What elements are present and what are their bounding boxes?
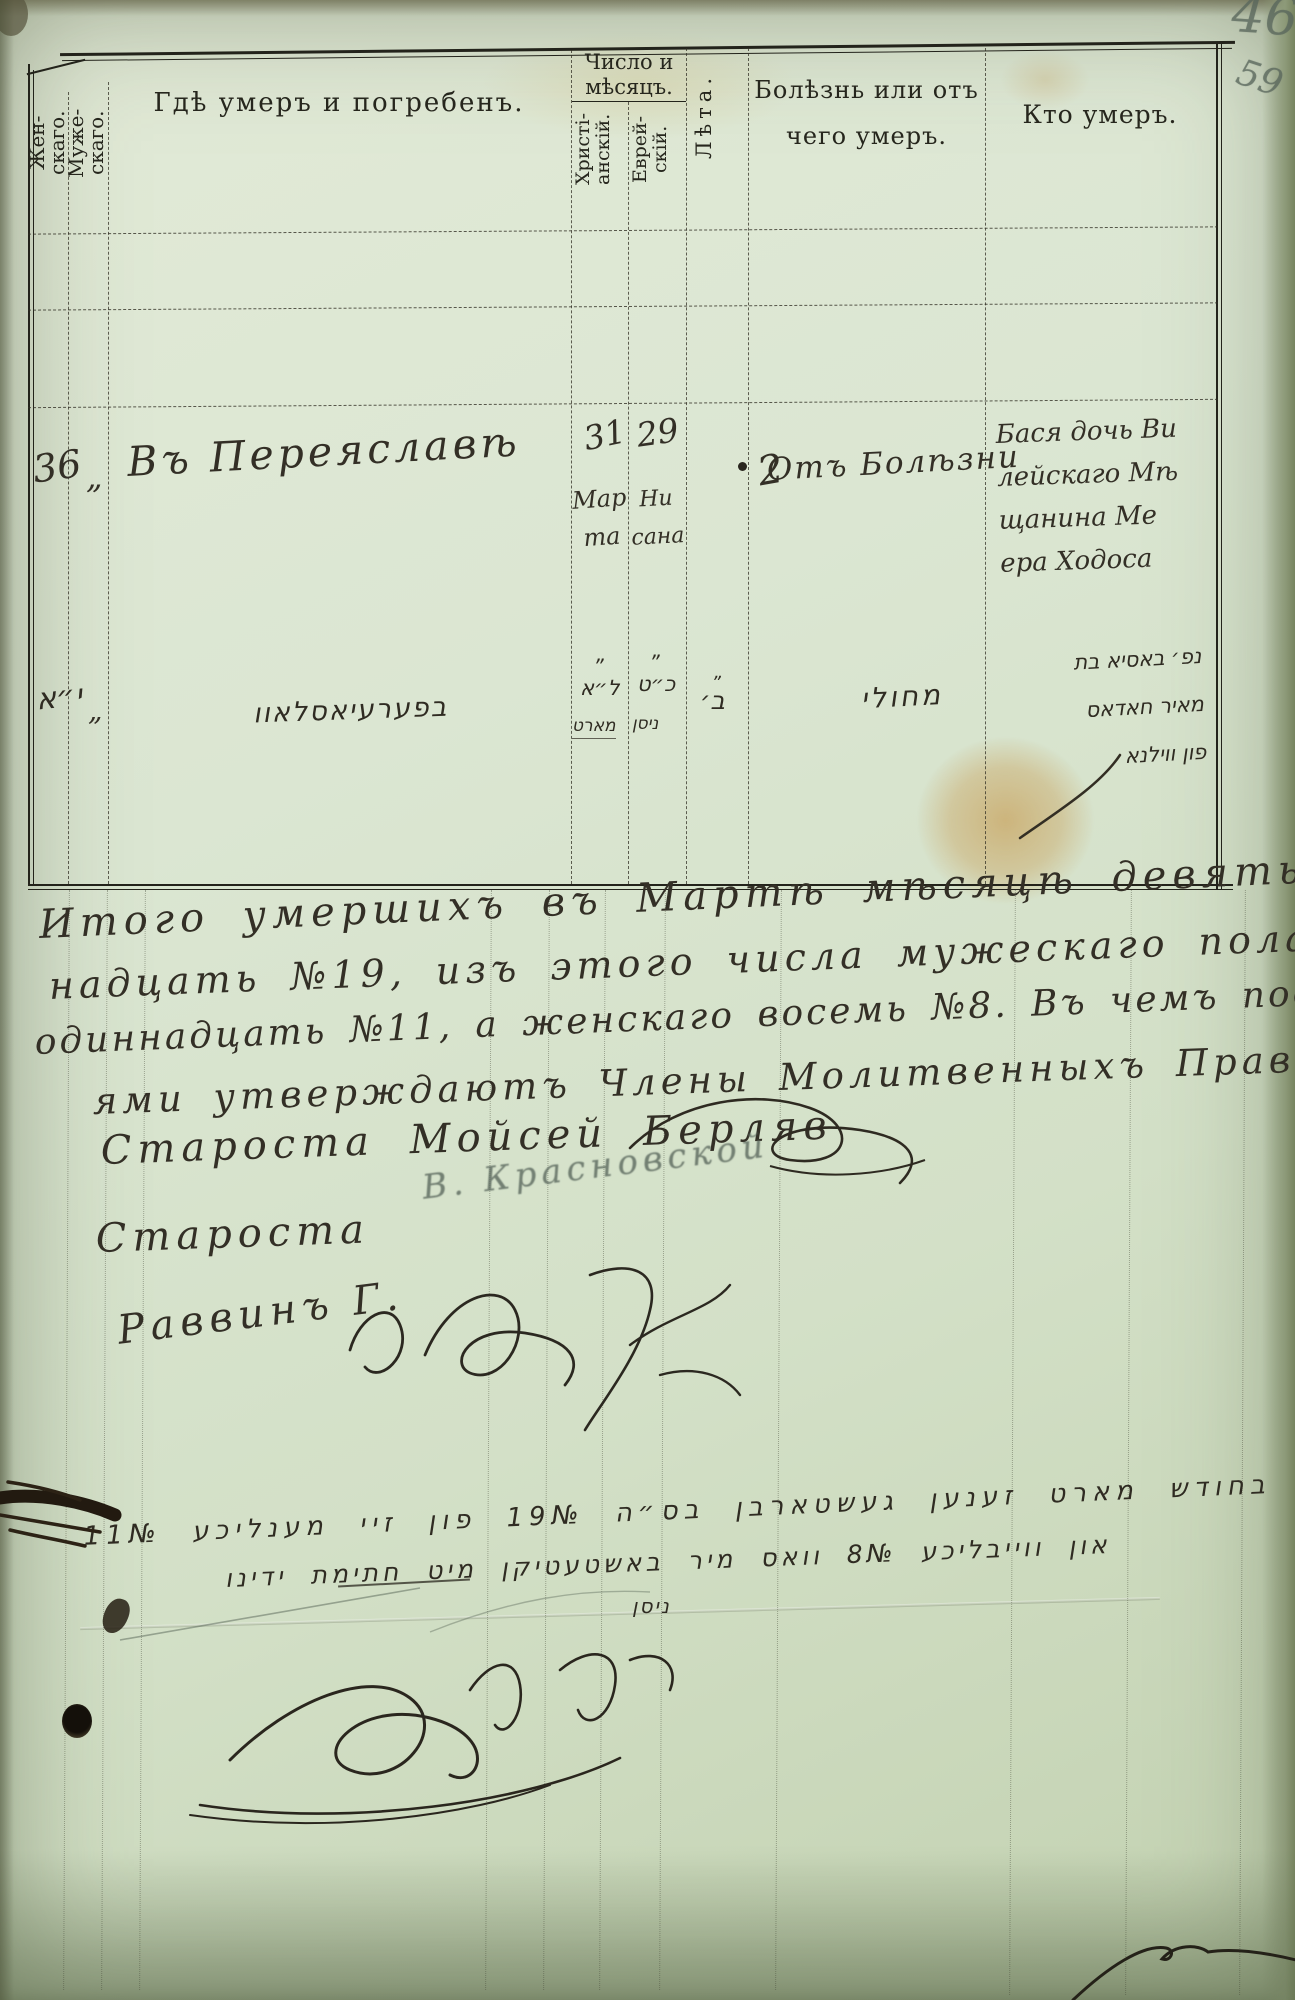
top-edge-shadow	[0, 0, 1295, 16]
header-jewish-line2: скій.	[650, 104, 670, 194]
table-top-corner-left	[27, 59, 86, 75]
header-col-christian: Христі- анскій.	[573, 104, 627, 194]
row1-jewish-day: 29	[634, 410, 681, 454]
header-male-line1: Муже-	[66, 92, 86, 194]
row1-entry-number: 36	[30, 441, 84, 491]
header-christian-line2: анскій.	[593, 104, 613, 194]
row1-christian-month-line2: та	[573, 516, 632, 558]
row1-jewish-month-line1: Ни	[626, 479, 686, 520]
row2-entry-number: י״א	[34, 678, 84, 718]
row2-age: ב׳	[700, 686, 725, 715]
header-col-female: Жен- скаго.	[27, 92, 67, 194]
col-rule-age-cause	[748, 48, 749, 884]
header-christian-line1: Христі-	[573, 104, 593, 194]
corner-ink-mark: гм	[1058, 1922, 1295, 2000]
row-divider-3	[28, 399, 1218, 408]
row2-ditto-mark: „	[88, 694, 103, 727]
row-divider-2	[28, 302, 1218, 310]
table-right-border	[1216, 44, 1218, 890]
header-col-age: Лѣта.	[692, 55, 742, 177]
row1-ditto-mark: „	[86, 458, 103, 496]
row2-cause: מחולי	[812, 678, 944, 718]
header-jewish-line1: Еврей-	[630, 104, 650, 194]
header-date-group-line1: Число и	[572, 50, 686, 75]
header-date-group-line2: мѣсяцъ.	[572, 75, 686, 100]
row2-where-died: בפערעיאסלאוו	[205, 690, 496, 731]
row2-age-quote: „	[714, 662, 723, 683]
date-group-underline	[572, 101, 686, 102]
row2-jewish-day: כ״ט	[637, 672, 675, 696]
rabbi-signature: подпись раввина	[330, 1255, 750, 1435]
col-rule-male-where	[108, 82, 109, 884]
row1-cause: Отъ Болѣзни	[766, 439, 1021, 488]
ink-dot	[738, 462, 747, 471]
starosta-second-line: Староста	[95, 1206, 371, 1262]
bottom-signature: חתימה	[170, 1630, 690, 1830]
header-cause-line2: чего умеръ.	[750, 122, 983, 150]
col-rule-dates-age	[686, 48, 687, 884]
header-col-jewish: Еврей- скій.	[630, 104, 684, 194]
row2-jewish-month: ניסן	[632, 714, 658, 734]
header-date-group: Число и мѣсяцъ.	[572, 50, 686, 100]
row1-where-died: Въ Переяславѣ	[126, 417, 522, 486]
row1-who-line2: лейскаго Мѣ	[997, 451, 1180, 500]
row2-christian-quote: „	[596, 642, 606, 666]
row1-jewish-month: Ни сана	[626, 479, 688, 558]
row2-who-flourish	[990, 750, 1150, 850]
col-rule-female-male	[68, 92, 69, 884]
header-cause-line1: Болѣзнь или отъ	[750, 76, 983, 104]
table-right-border-inner	[1221, 44, 1222, 890]
row1-who-line3: щанина Ме	[998, 494, 1181, 543]
binding-hole	[62, 1704, 92, 1738]
row1-jewish-month-line2: сана	[628, 517, 688, 558]
header-who-died: Кто умеръ.	[987, 100, 1213, 129]
row2-christian-month: מארט	[572, 716, 616, 739]
row1-christian-month: Мар та	[570, 478, 631, 558]
row2-christian-day: ל״א	[580, 676, 620, 700]
register-page: 46 59 Жен- скаго. Муже- скаго. Гдѣ умеръ…	[0, 0, 1295, 2000]
binding-thread	[0, 1470, 160, 1560]
row1-who-line4: ера Ходоса	[1000, 537, 1183, 586]
row1-who-line1: Бася дочь Ви	[995, 408, 1178, 457]
left-edge-shadow	[0, 0, 14, 2000]
folio-number: 46	[1230, 0, 1295, 48]
header-female-line1: Жен-	[27, 92, 47, 194]
header-col-male: Муже- скаго.	[66, 92, 106, 194]
row2-jewish-quote: „	[652, 638, 662, 662]
row1-who-died: Бася дочь Ви лейскаго Мѣ щанина Ме ера Х…	[995, 408, 1182, 586]
header-male-line2: скаго.	[86, 92, 106, 194]
header-where-died: Гдѣ умеръ и погребенъ.	[110, 88, 568, 118]
row1-christian-day: 31	[580, 411, 629, 458]
row1-christian-month-line1: Мар	[570, 478, 629, 520]
row-divider-1	[28, 226, 1218, 234]
